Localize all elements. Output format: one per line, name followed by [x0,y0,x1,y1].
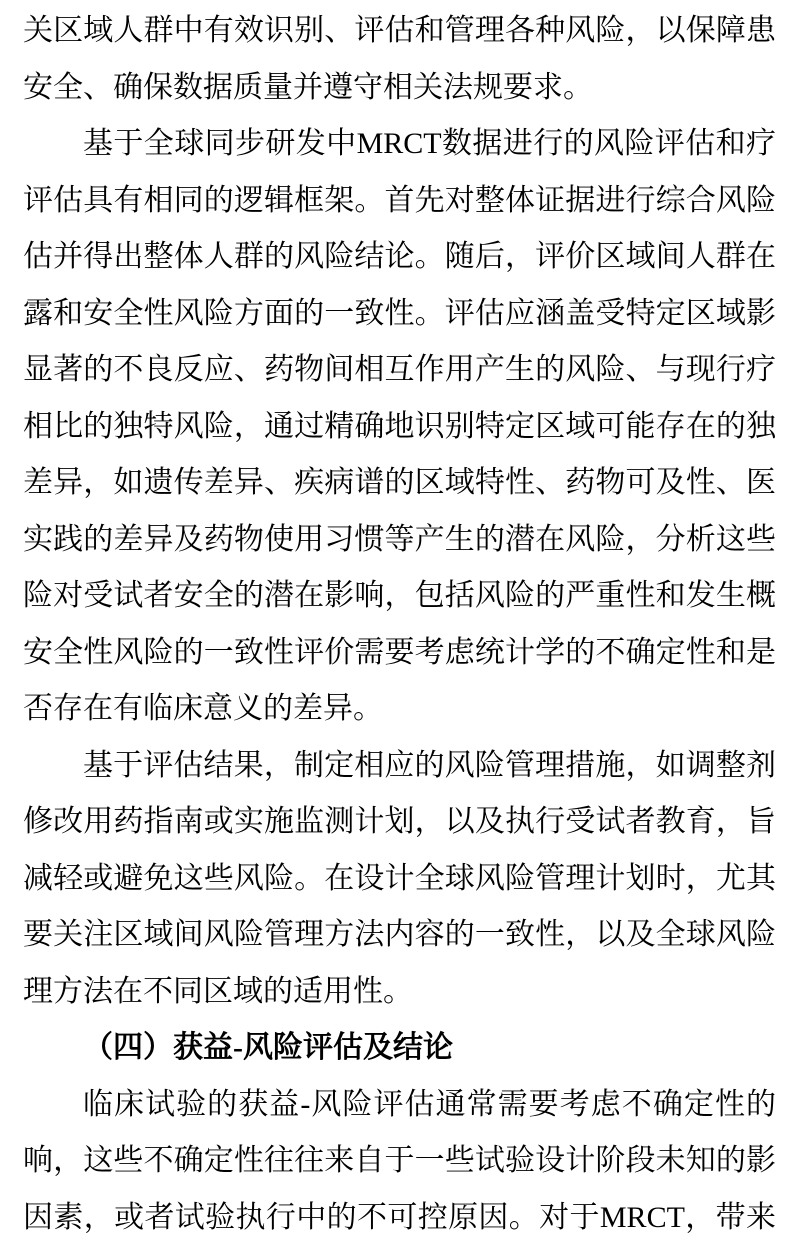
paragraph: 关区域人群中有效识别、评估和管理各种风险，以保障患者安全、确保数据质量并遵守相关… [23,3,776,116]
body-text-line: 基于全球同步研发中MRCT数据进行的风险评估和疗效 [23,116,776,173]
body-text-line: 安全性风险的一致性评价需要考虑统计学的不确定性和是 [23,625,776,682]
paragraph: 基于评估结果，制定相应的风险管理措施，如调整剂量、修改用药指南或实施监测计划，以… [23,738,776,1021]
section-heading: （四）获益-风险评估及结论 [23,1020,776,1077]
body-text-line: 显著的不良反应、药物间相互作用产生的风险、与现行疗法 [23,342,776,399]
body-text-line: 减轻或避免这些风险。在设计全球风险管理计划时，尤其需 [23,851,776,908]
body-text-line: 安全、确保数据质量并遵守相关法规要求。 [23,60,776,117]
body-text-line: 关区域人群中有效识别、评估和管理各种风险，以保障患者 [23,3,776,60]
body-text-line: 要关注区域间风险管理方法内容的一致性，以及全球风险管 [23,907,776,964]
paragraph: 基于全球同步研发中MRCT数据进行的风险评估和疗效评估具有相同的逻辑框架。首先对… [23,116,776,738]
body-text-line: 相比的独特风险，通过精确地识别特定区域可能存在的独特 [23,399,776,456]
document-page: 关区域人群中有效识别、评估和管理各种风险，以保障患者安全、确保数据质量并遵守相关… [0,0,799,1242]
heading-text-line: （四）获益-风险评估及结论 [23,1020,776,1077]
body-text-line: 差异，如遗传差异、疾病谱的区域特性、药物可及性、医疗 [23,455,776,512]
body-text-line: 理方法在不同区域的适用性。 [23,964,776,1021]
body-text-line: 否存在有临床意义的差异。 [23,681,776,738]
body-text-line: 实践的差异及药物使用习惯等产生的潜在风险，分析这些风 [23,512,776,569]
body-text-line: 评估具有相同的逻辑框架。首先对整体证据进行综合风险评 [23,173,776,230]
body-text-line: 估并得出整体人群的风险结论。随后，评价区域间人群在暴 [23,229,776,286]
body-text-line: 响，这些不确定性往往来自于一些试验设计阶段未知的影响 [23,1133,776,1190]
paragraph: 临床试验的获益-风险评估通常需要考虑不确定性的影响，这些不确定性往往来自于一些试… [23,1077,776,1242]
body-text-line: 临床试验的获益-风险评估通常需要考虑不确定性的影 [23,1077,776,1134]
document-body: 关区域人群中有效识别、评估和管理各种风险，以保障患者安全、确保数据质量并遵守相关… [23,3,776,1242]
body-text-line: 修改用药指南或实施监测计划，以及执行受试者教育，旨在 [23,794,776,851]
body-text-line: 基于评估结果，制定相应的风险管理措施，如调整剂量、 [23,738,776,795]
body-text-line: 露和安全性风险方面的一致性。评估应涵盖受特定区域影响 [23,286,776,343]
body-text-line: 因素，或者试验执行中的不可控原因。对于MRCT，带来试 [23,1190,776,1242]
body-text-line: 险对受试者安全的潜在影响，包括风险的严重性和发生概率。 [23,568,776,625]
